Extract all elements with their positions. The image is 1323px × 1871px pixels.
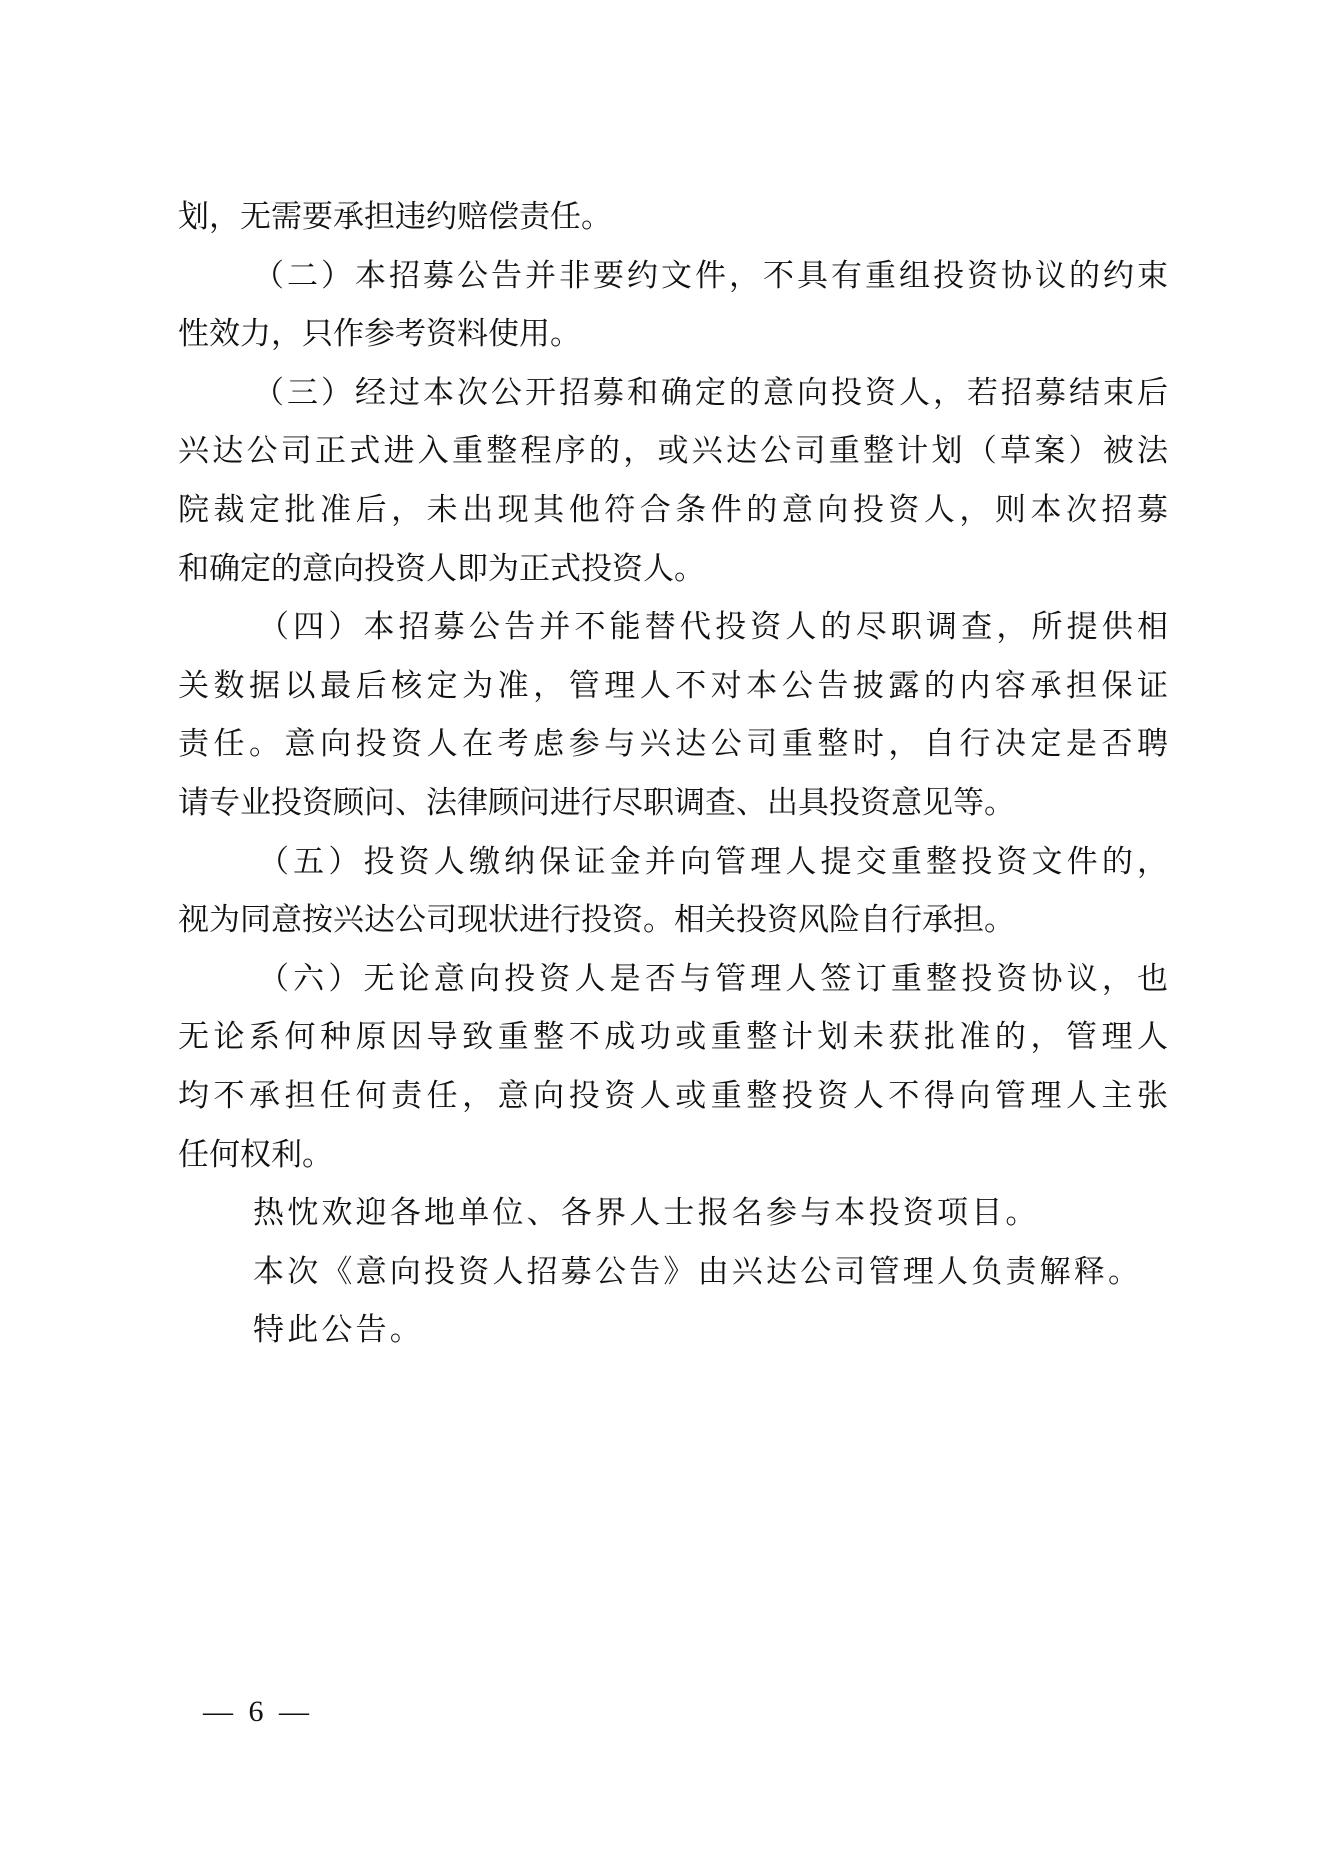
paragraph-item-3-line-1: （三）经过本次公开招募和确定的意向投资人，若招募结束后 (178, 364, 1168, 423)
paragraph-item-6-line-2: 无论系何种原因导致重整不成功或重整计划未获批准的，管理人 (178, 1008, 1168, 1067)
page-number: — 6 — (203, 1690, 313, 1734)
paragraph-item-6-line-1: （六）无论意向投资人是否与管理人签订重整投资协议，也 (178, 950, 1168, 1009)
closing-announcement-line: 特此公告。 (178, 1301, 1168, 1360)
paragraph-item-2-line-1: （二）本招募公告并非要约文件，不具有重组投资协议的约束 (178, 247, 1168, 306)
paragraph-item-4-line-2: 关数据以最后核定为准，管理人不对本公告披露的内容承担保证 (178, 657, 1168, 716)
paragraph-item-6-line-3: 均不承担任何责任，意向投资人或重整投资人不得向管理人主张 (178, 1067, 1168, 1126)
paragraph-item-2-line-2: 性效力，只作参考资料使用。 (178, 305, 1168, 364)
paragraph-continuation-line: 划，无需要承担违约赔偿责任。 (178, 188, 1168, 247)
paragraph-item-5-line-1: （五）投资人缴纳保证金并向管理人提交重整投资文件的， (178, 833, 1168, 892)
paragraph-item-3-line-2: 兴达公司正式进入重整程序的，或兴达公司重整计划（草案）被法 (178, 422, 1168, 481)
document-body: 划，无需要承担违约赔偿责任。 （二）本招募公告并非要约文件，不具有重组投资协议的… (178, 188, 1168, 1360)
closing-block: 热忱欢迎各地单位、各界人士报名参与本投资项目。 本次《意向投资人招募公告》由兴达… (178, 1184, 1168, 1360)
paragraph-item-4-line-4: 请专业投资顾问、法律顾问进行尽职调查、出具投资意见等。 (178, 774, 1168, 833)
paragraph-item-3-line-4: 和确定的意向投资人即为正式投资人。 (178, 540, 1168, 599)
closing-interpretation-line: 本次《意向投资人招募公告》由兴达公司管理人负责解释。 (178, 1243, 1168, 1302)
paragraph-item-6-line-4: 任何权利。 (178, 1126, 1168, 1185)
paragraph-item-4-line-3: 责任。意向投资人在考虑参与兴达公司重整时，自行决定是否聘 (178, 715, 1168, 774)
paragraph-item-4-line-1: （四）本招募公告并不能替代投资人的尽职调查，所提供相 (178, 598, 1168, 657)
closing-welcome-line: 热忱欢迎各地单位、各界人士报名参与本投资项目。 (178, 1184, 1168, 1243)
document-page: 划，无需要承担违约赔偿责任。 （二）本招募公告并非要约文件，不具有重组投资协议的… (0, 0, 1323, 1871)
paragraph-item-5-line-2: 视为同意按兴达公司现状进行投资。相关投资风险自行承担。 (178, 891, 1168, 950)
paragraph-item-3-line-3: 院裁定批准后，未出现其他符合条件的意向投资人，则本次招募 (178, 481, 1168, 540)
